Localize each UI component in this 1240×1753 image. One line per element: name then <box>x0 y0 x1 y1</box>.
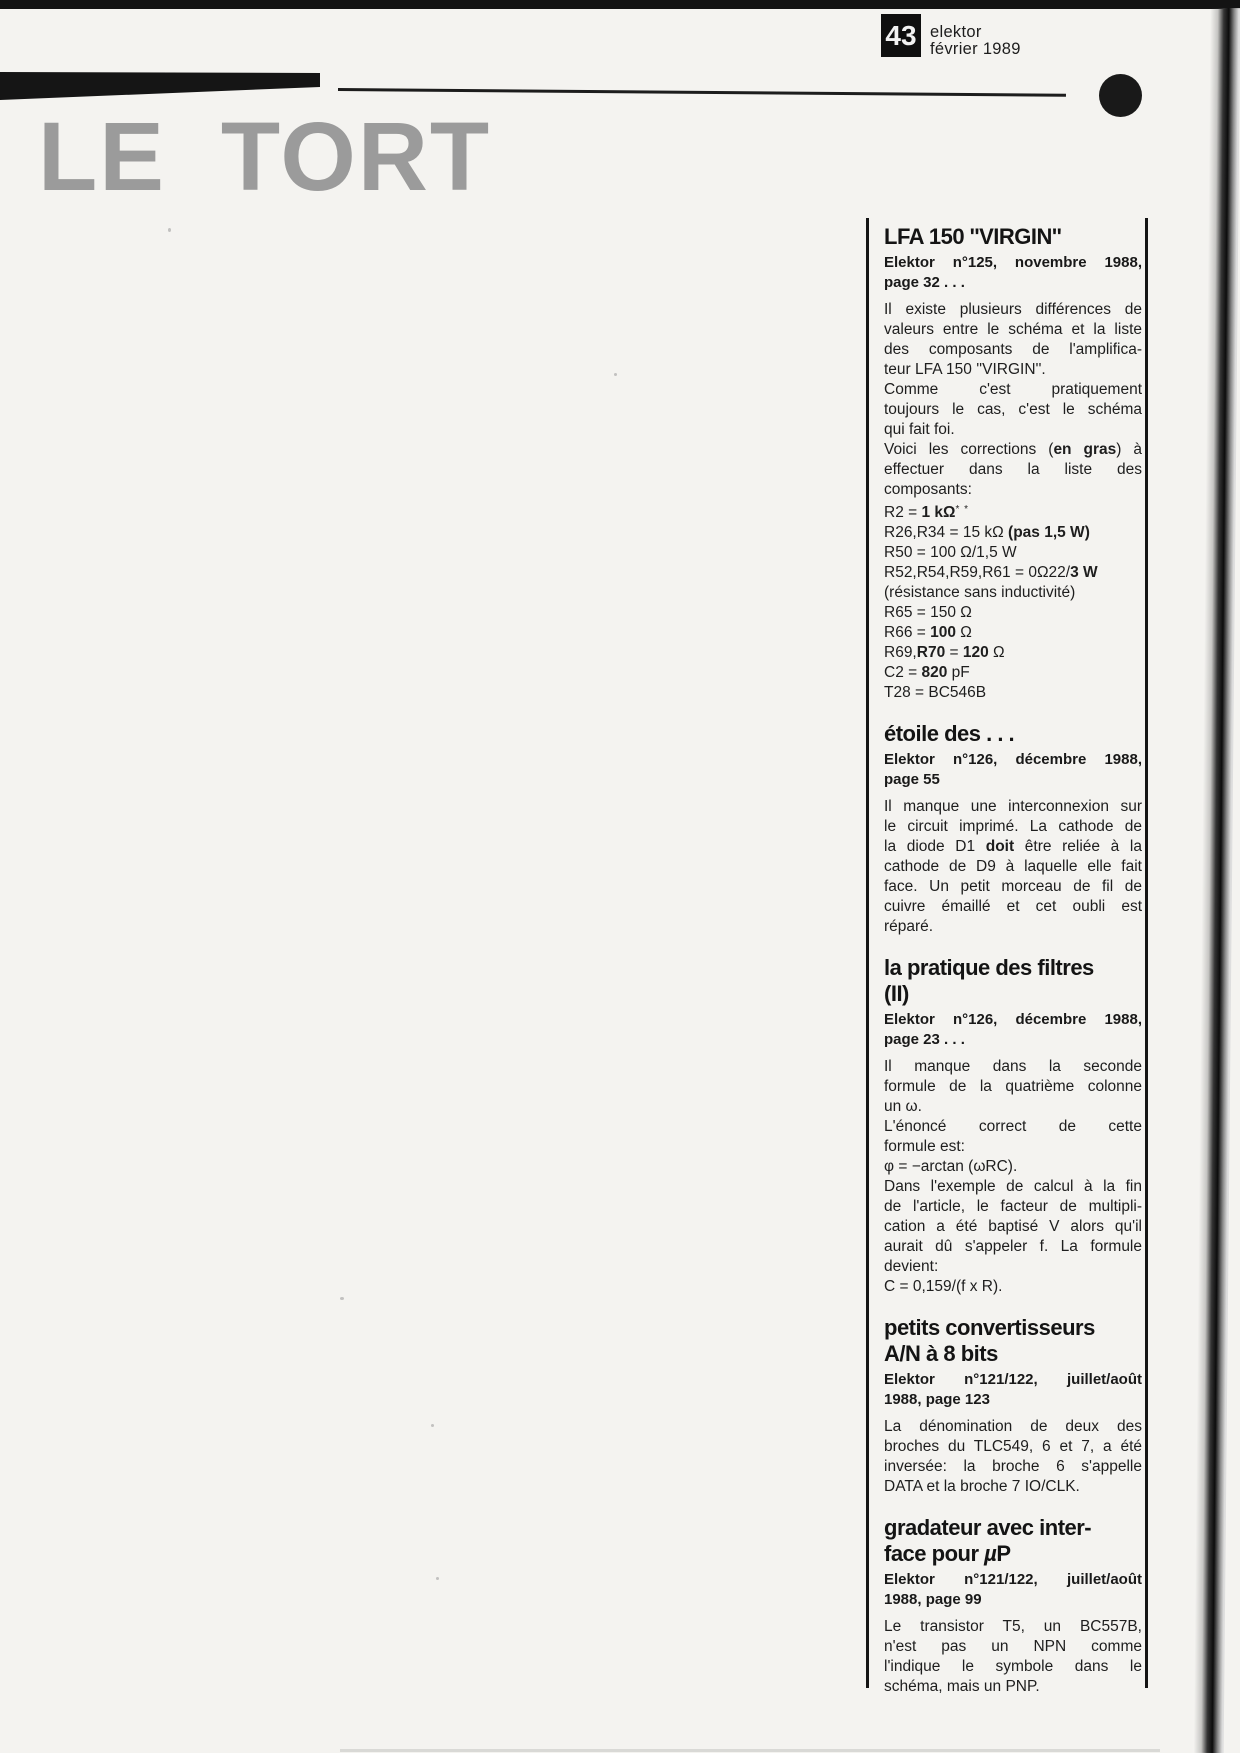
body-line: aurait dû s'appeler f. La formule <box>884 1237 1142 1257</box>
body-line: Voici les corrections (en gras) à <box>884 440 1142 460</box>
ref-line: Elektor n°125, novembre 1988, <box>884 253 1142 273</box>
issue-date: février 1989 <box>930 41 1021 58</box>
ref-line: page 55 <box>884 770 1142 790</box>
corner-dot <box>1099 74 1142 117</box>
body-line: R50 = 100 Ω/1,5 W <box>884 543 1142 563</box>
header-rule <box>338 88 1066 97</box>
magazine-page: { "header": { "page_number": "43", "maga… <box>0 0 1240 1753</box>
ref-line: Elektor n°126, décembre 1988, <box>884 750 1142 770</box>
page-edge-shadow <box>1194 8 1240 1753</box>
body-line: R52,R54,R59,R61 = 0Ω22/3 W <box>884 563 1142 583</box>
body-line: C2 = 820 pF <box>884 663 1142 683</box>
body-line: inversée: la broche 6 s'appelle <box>884 1457 1142 1477</box>
heading-line: petits convertisseurs <box>884 1315 1142 1341</box>
article-body: Il manque une interconnexion surle circu… <box>884 797 1142 937</box>
ref-line: Elektor n°121/122, juillet/août <box>884 1370 1142 1390</box>
errata-column: LFA 150 ''VIRGIN''Elektor n°125, novembr… <box>884 212 1142 1697</box>
body-line: L'énoncé correct de cette <box>884 1117 1142 1137</box>
masthead-bar <box>0 70 320 102</box>
masthead: elektor février 1989 <box>930 24 1021 57</box>
magazine-name: elektor <box>930 24 1021 41</box>
article-body: Le transistor T5, un BC557B,n'est pas un… <box>884 1617 1142 1697</box>
heading-line: (II) <box>884 981 1142 1007</box>
ref-line: Elektor n°121/122, juillet/août <box>884 1570 1142 1590</box>
scan-artifact <box>436 1577 439 1580</box>
body-line: un ω. <box>884 1097 1142 1117</box>
ref-line: 1988, page 99 <box>884 1590 1142 1610</box>
body-line: réparé. <box>884 917 1142 937</box>
ref-line: 1988, page 123 <box>884 1390 1142 1410</box>
body-line: Il manque dans la seconde <box>884 1057 1142 1077</box>
article-heading: étoile des . . . <box>884 721 1142 747</box>
body-line: schéma, mais un PNP. <box>884 1677 1142 1697</box>
body-line: face. Un petit morceau de fil de <box>884 877 1142 897</box>
body-line: R2 = 1 kΩ* * <box>884 500 1142 523</box>
body-line: n'est pas un NPN comme <box>884 1637 1142 1657</box>
ref-line: page 32 . . . <box>884 273 1142 293</box>
article-heading: petits convertisseursA/N à 8 bits <box>884 1315 1142 1367</box>
body-line: C = 0,159/(f x R). <box>884 1277 1142 1297</box>
body-line: qui fait foi. <box>884 420 1142 440</box>
body-line: DATA et la broche 7 IO/CLK. <box>884 1477 1142 1497</box>
heading-line: étoile des . . . <box>884 721 1142 747</box>
body-line: Le transistor T5, un BC557B, <box>884 1617 1142 1637</box>
body-line: valeurs entre le schéma et la liste <box>884 320 1142 340</box>
heading-line: la pratique des filtres <box>884 955 1142 981</box>
scan-artifact <box>340 1297 344 1300</box>
body-line: R66 = 100 Ω <box>884 623 1142 643</box>
body-line: Il existe plusieurs différences de <box>884 300 1142 320</box>
ref-line: Elektor n°126, décembre 1988, <box>884 1010 1142 1030</box>
body-line: R26,R34 = 15 kΩ (pas 1,5 W) <box>884 523 1142 543</box>
article-ref: Elektor n°126, décembre 1988,page 55 <box>884 750 1142 790</box>
article-etoile-des: étoile des . . .Elektor n°126, décembre … <box>884 721 1142 937</box>
body-line: cathode de D9 à laquelle elle fait <box>884 857 1142 877</box>
body-line: la diode D1 doit être reliée à la <box>884 837 1142 857</box>
body-line: Comme c'est pratiquement <box>884 380 1142 400</box>
heading-line: A/N à 8 bits <box>884 1341 1142 1367</box>
scan-artifact <box>431 1424 434 1427</box>
heading-line: gradateur avec inter- <box>884 1515 1142 1541</box>
article-body: La dénomination de deux desbroches du TL… <box>884 1417 1142 1497</box>
heading-line: face pour µP <box>884 1541 1142 1567</box>
body-line: T28 = BC546B <box>884 683 1142 703</box>
body-line: composants: <box>884 480 1142 500</box>
ref-line: page 23 . . . <box>884 1030 1142 1050</box>
column-rule-right <box>1145 218 1148 1688</box>
article-gradateur-interface-up: gradateur avec inter-face pour µPElektor… <box>884 1515 1142 1697</box>
article-ref: Elektor n°126, décembre 1988,page 23 . .… <box>884 1010 1142 1050</box>
article-heading: gradateur avec inter-face pour µP <box>884 1515 1142 1567</box>
scan-artifact <box>614 373 617 376</box>
body-line: Dans l'exemple de calcul à la fin <box>884 1177 1142 1197</box>
body-line: teur LFA 150 ''VIRGIN''. <box>884 360 1142 380</box>
body-line: effectuer dans la liste des <box>884 460 1142 480</box>
article-pratique-des-filtres-2: la pratique des filtres(II)Elektor n°126… <box>884 955 1142 1297</box>
body-line: toujours le cas, c'est le schéma <box>884 400 1142 420</box>
body-line: La dénomination de deux des <box>884 1417 1142 1437</box>
body-line: formule de la quatrième colonne <box>884 1077 1142 1097</box>
body-line: R69,R70 = 120 Ω <box>884 643 1142 663</box>
scan-artifact <box>168 228 171 232</box>
article-lfa-150-virgin: LFA 150 ''VIRGIN''Elektor n°125, novembr… <box>884 224 1142 703</box>
body-line: R65 = 150 Ω <box>884 603 1142 623</box>
article-heading: la pratique des filtres(II) <box>884 955 1142 1007</box>
article-ref: Elektor n°125, novembre 1988,page 32 . .… <box>884 253 1142 293</box>
body-line: φ = −arctan (ωRC). <box>884 1157 1142 1177</box>
body-line: broches du TLC549, 6 et 7, a été <box>884 1437 1142 1457</box>
body-line: cuivre émaillé et cet oubli est <box>884 897 1142 917</box>
body-line: formule est: <box>884 1137 1142 1157</box>
column-rule-left <box>866 218 869 1688</box>
body-line: des composants de l'amplifica- <box>884 340 1142 360</box>
body-line: devient: <box>884 1257 1142 1277</box>
heading-line: LFA 150 ''VIRGIN'' <box>884 224 1142 250</box>
article-heading: LFA 150 ''VIRGIN'' <box>884 224 1142 250</box>
top-rule <box>0 0 1240 9</box>
article-body: Il manque dans la secondeformule de la q… <box>884 1057 1142 1297</box>
body-line: le circuit imprimé. La cathode de <box>884 817 1142 837</box>
body-line: de l'article, le facteur de multipli- <box>884 1197 1142 1217</box>
article-ref: Elektor n°121/122, juillet/août1988, pag… <box>884 1570 1142 1610</box>
article-body: Il existe plusieurs différences devaleur… <box>884 300 1142 703</box>
body-line: Il manque une interconnexion sur <box>884 797 1142 817</box>
article-ref: Elektor n°121/122, juillet/août1988, pag… <box>884 1370 1142 1410</box>
page-number-badge: 43 <box>881 14 921 57</box>
article-petits-convertisseurs-an-8-bits: petits convertisseursA/N à 8 bitsElektor… <box>884 1315 1142 1497</box>
body-line: (résistance sans inductivité) <box>884 583 1142 603</box>
page-number: 43 <box>885 20 916 52</box>
body-line: cation a été baptisé V alors qu'il <box>884 1217 1142 1237</box>
page-title: LE TORT <box>38 108 491 205</box>
page-bottom-edge <box>340 1749 1160 1752</box>
body-line: l'indique le symbole dans le <box>884 1657 1142 1677</box>
